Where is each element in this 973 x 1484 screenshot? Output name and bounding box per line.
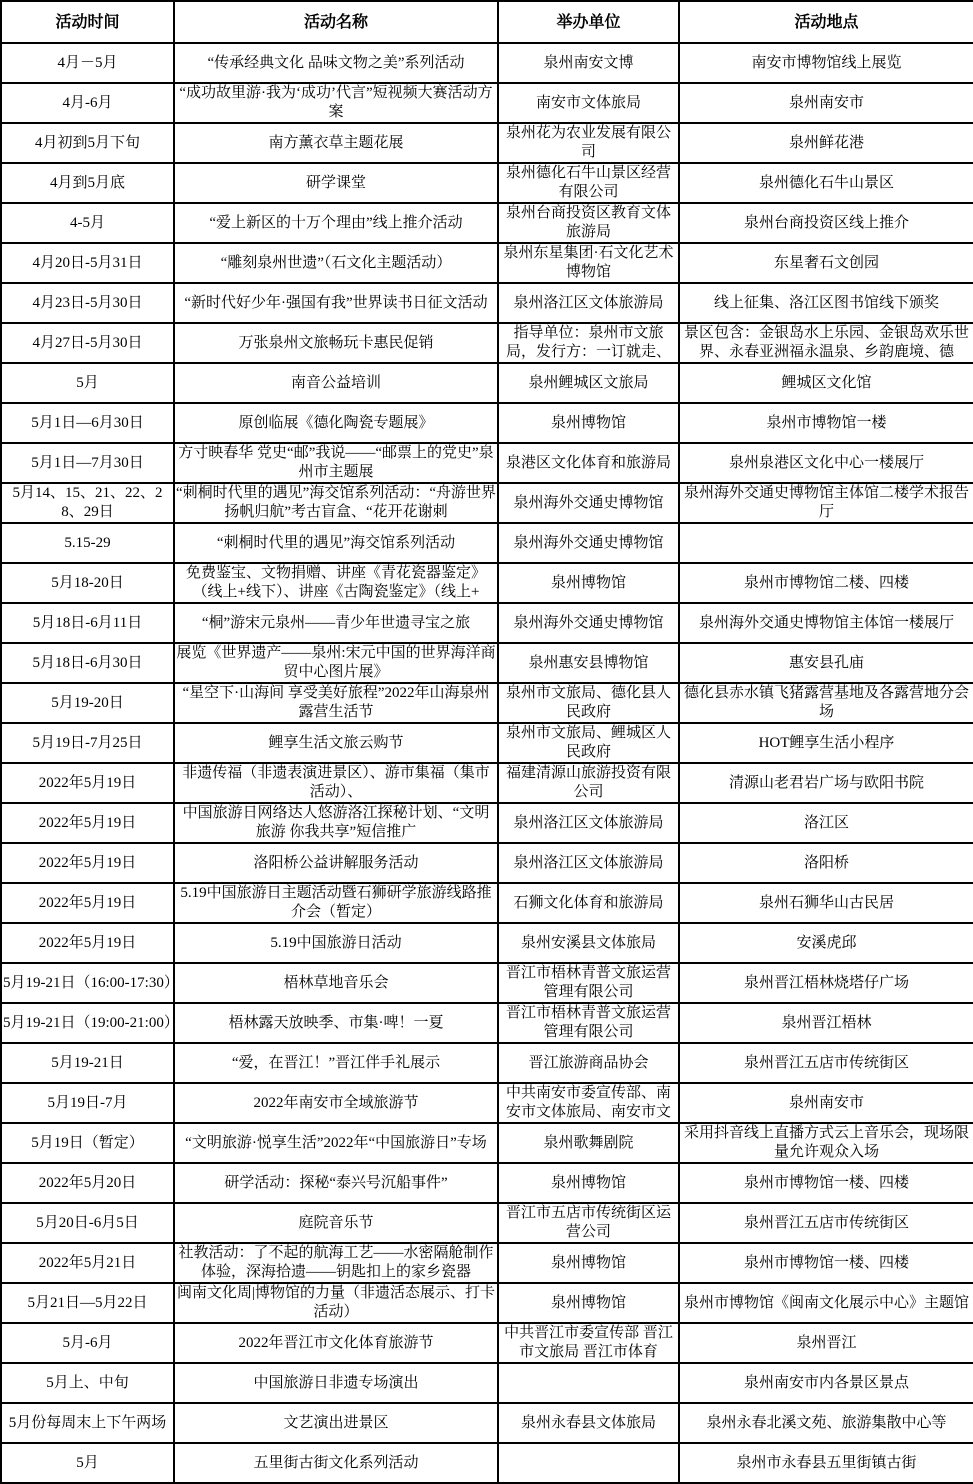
table-row: 4月20日-5月31日“雕刻泉州世遗”（石文化主题活动）泉州东星集团·石文化艺术… bbox=[1, 243, 973, 283]
cell-org: 泉州洛江区文体旅游局 bbox=[498, 803, 679, 843]
cell-time: 5月19-21日（16:00-17:30） bbox=[1, 963, 174, 1003]
cell-org: 泉州博物馆 bbox=[498, 403, 679, 443]
cell-name: 中国旅游日非遗专场演出 bbox=[174, 1363, 498, 1403]
cell-time: 5月18日-6月30日 bbox=[1, 643, 174, 683]
cell-org: 泉州洛江区文体旅游局 bbox=[498, 843, 679, 883]
cell-loc: 泉州鲜花港 bbox=[679, 123, 973, 163]
cell-org: 泉港区文化体育和旅游局 bbox=[498, 443, 679, 483]
cell-org: 泉州洛江区文体旅游局 bbox=[498, 283, 679, 323]
cell-name: 非遗传福（非遗表演进景区）、游市集福（集市活动）、 bbox=[174, 763, 498, 803]
cell-name: “爱，在晋江！”晋江伴手礼展示 bbox=[174, 1043, 498, 1083]
cell-time: 5月上、中旬 bbox=[1, 1363, 174, 1403]
table-row: 4月-6月“成功故里游·我为‘成功’代言”短视频大赛活动方案南安市文体旅局泉州南… bbox=[1, 83, 973, 123]
cell-org: 泉州博物馆 bbox=[498, 1163, 679, 1203]
cell-loc: 德化县赤水镇飞猪露营基地及各露营地分会场 bbox=[679, 683, 973, 723]
cell-loc: 采用抖音线上直播方式云上音乐会，现场限量允许观众入场 bbox=[679, 1123, 973, 1163]
cell-org: 泉州永春县文体旅局 bbox=[498, 1403, 679, 1443]
cell-org: 南安市文体旅局 bbox=[498, 83, 679, 123]
cell-org: 泉州鲤城区文旅局 bbox=[498, 363, 679, 403]
cell-name: 南音公益培训 bbox=[174, 363, 498, 403]
header-row: 活动时间活动名称举办单位活动地点 bbox=[1, 1, 973, 43]
cell-name: 洛阳桥公益讲解服务活动 bbox=[174, 843, 498, 883]
cell-loc: 泉州石狮华山古民居 bbox=[679, 883, 973, 923]
table-row: 5月18日-6月11日“桐”游宋元泉州——青少年世遗寻宝之旅泉州海外交通史博物馆… bbox=[1, 603, 973, 643]
table-row: 5月-6月2022年晋江市文化体育旅游节中共晋江市委宣传部 晋江市文旅局 晋江市… bbox=[1, 1323, 973, 1363]
table-row: 2022年5月19日5.19中国旅游日主题活动暨石狮研学旅游线路推介会（暂定）石… bbox=[1, 883, 973, 923]
cell-loc: 泉州南安市 bbox=[679, 1083, 973, 1123]
cell-loc: 泉州市博物馆二楼、四楼 bbox=[679, 563, 973, 603]
table-row: 4月－5月“传承经典文化 品味文物之美”系列活动泉州南安文博南安市博物馆线上展览 bbox=[1, 43, 973, 83]
cell-name: 南方薰衣草主题花展 bbox=[174, 123, 498, 163]
table-row: 4月27日-5月30日万张泉州文旅畅玩卡惠民促销指导单位：泉州市文旅局，发行方：… bbox=[1, 323, 973, 363]
table-row: 5月20日-6月5日庭院音乐节晋江市五店市传统街区运营公司泉州晋江五店市传统街区 bbox=[1, 1203, 973, 1243]
cell-time: 5月1日—6月30日 bbox=[1, 403, 174, 443]
cell-org: 泉州歌舞剧院 bbox=[498, 1123, 679, 1163]
cell-name: 梧林草地音乐会 bbox=[174, 963, 498, 1003]
cell-loc: 泉州台商投资区线上推介 bbox=[679, 203, 973, 243]
cell-name: “文明旅游·悦享生活”2022年“中国旅游日”专场 bbox=[174, 1123, 498, 1163]
cell-name: 研学课堂 bbox=[174, 163, 498, 203]
table-row: 5月上、中旬中国旅游日非遗专场演出泉州南安市内各景区景点 bbox=[1, 1363, 973, 1403]
cell-name: 社教活动：了不起的航海工艺——水密隔舱制作体验，深海拾遗——钥匙扣上的家乡瓷器 bbox=[174, 1243, 498, 1283]
table-row: 4月到5月底研学课堂泉州德化石牛山景区经营有限公司泉州德化石牛山景区 bbox=[1, 163, 973, 203]
cell-org: 晋江旅游商品协会 bbox=[498, 1043, 679, 1083]
cell-time: 5月20日-6月5日 bbox=[1, 1203, 174, 1243]
table-row: 5月份每周末上下午两场文艺演出进景区泉州永春县文体旅局泉州永春北溪文苑、旅游集散… bbox=[1, 1403, 973, 1443]
cell-org: 泉州安溪县文体旅局 bbox=[498, 923, 679, 963]
cell-loc: 泉州市博物馆《闽南文化展示中心》主题馆 bbox=[679, 1283, 973, 1323]
cell-name: “雕刻泉州世遗”（石文化主题活动） bbox=[174, 243, 498, 283]
cell-org: 石狮文化体育和旅游局 bbox=[498, 883, 679, 923]
cell-loc: 泉州泉港区文化中心一楼展厅 bbox=[679, 443, 973, 483]
table-row: 5月19-21日（16:00-17:30）梧林草地音乐会晋江市梧林青普文旅运营管… bbox=[1, 963, 973, 1003]
cell-loc: 鲤城区文化馆 bbox=[679, 363, 973, 403]
cell-org: 福建清源山旅游投资有限公司 bbox=[498, 763, 679, 803]
cell-loc: 泉州南安市 bbox=[679, 83, 973, 123]
cell-org: 泉州博物馆 bbox=[498, 1243, 679, 1283]
cell-loc: 东星奢石文创园 bbox=[679, 243, 973, 283]
cell-time: 5月19-20日 bbox=[1, 683, 174, 723]
cell-org: 泉州市文旅局、鲤城区人民政府 bbox=[498, 723, 679, 763]
cell-loc: 安溪虎邱 bbox=[679, 923, 973, 963]
cell-org: 泉州市文旅局、德化县人民政府 bbox=[498, 683, 679, 723]
table-body: 4月－5月“传承经典文化 品味文物之美”系列活动泉州南安文博南安市博物馆线上展览… bbox=[1, 43, 973, 1483]
cell-loc: 泉州海外交通史博物馆主体馆一楼展厅 bbox=[679, 603, 973, 643]
cell-org: 泉州海外交通史博物馆 bbox=[498, 483, 679, 523]
cell-name: 文艺演出进景区 bbox=[174, 1403, 498, 1443]
cell-org: 泉州海外交通史博物馆 bbox=[498, 603, 679, 643]
events-table: 活动时间活动名称举办单位活动地点 4月－5月“传承经典文化 品味文物之美”系列活… bbox=[0, 0, 973, 1484]
cell-time: 2022年5月19日 bbox=[1, 803, 174, 843]
cell-org: 指导单位：泉州市文旅局，发行方：一订就走、 bbox=[498, 323, 679, 363]
cell-name: “星空下·山海间 享受美好旅程”2022年山海泉州露营生活节 bbox=[174, 683, 498, 723]
cell-time: 5月18日-6月11日 bbox=[1, 603, 174, 643]
cell-time: 5月份每周末上下午两场 bbox=[1, 1403, 174, 1443]
cell-time: 4-5月 bbox=[1, 203, 174, 243]
cell-name: 中国旅游日网络达人悠游洛江探秘计划、“文明旅游 你我共享”短信推广 bbox=[174, 803, 498, 843]
cell-org: 泉州海外交通史博物馆 bbox=[498, 523, 679, 563]
cell-org: 泉州东星集团·石文化艺术博物馆 bbox=[498, 243, 679, 283]
table-row: 5月南音公益培训泉州鲤城区文旅局鲤城区文化馆 bbox=[1, 363, 973, 403]
cell-time: 4月到5月底 bbox=[1, 163, 174, 203]
cell-time: 5月 bbox=[1, 1443, 174, 1483]
cell-org: 中共晋江市委宣传部 晋江市文旅局 晋江市体育 bbox=[498, 1323, 679, 1363]
cell-time: 4月初到5月下旬 bbox=[1, 123, 174, 163]
cell-name: 研学活动：探秘“泰兴号沉船事件” bbox=[174, 1163, 498, 1203]
cell-loc: 泉州晋江梧林烧塔仔广场 bbox=[679, 963, 973, 1003]
cell-name: 5.19中国旅游日活动 bbox=[174, 923, 498, 963]
table-row: 5月18日-6月30日展览《世界遗产——泉州:宋元中国的世界海洋商贸中心图片展》… bbox=[1, 643, 973, 683]
cell-name: “桐”游宋元泉州——青少年世遗寻宝之旅 bbox=[174, 603, 498, 643]
cell-time: 2022年5月19日 bbox=[1, 763, 174, 803]
cell-loc: 泉州市博物馆一楼、四楼 bbox=[679, 1243, 973, 1283]
cell-time: 4月23日-5月30日 bbox=[1, 283, 174, 323]
page: 活动时间活动名称举办单位活动地点 4月－5月“传承经典文化 品味文物之美”系列活… bbox=[0, 0, 973, 1484]
cell-time: 2022年5月19日 bbox=[1, 843, 174, 883]
cell-loc: 南安市博物馆线上展览 bbox=[679, 43, 973, 83]
cell-time: 2022年5月19日 bbox=[1, 923, 174, 963]
cell-loc: 惠安县孔庙 bbox=[679, 643, 973, 683]
cell-loc: 洛江区 bbox=[679, 803, 973, 843]
cell-loc: 泉州晋江五店市传统街区 bbox=[679, 1043, 973, 1083]
cell-loc: 泉州市永春县五里街镇古街 bbox=[679, 1443, 973, 1483]
cell-org bbox=[498, 1363, 679, 1403]
cell-time: 2022年5月21日 bbox=[1, 1243, 174, 1283]
cell-time: 5月14、15、21、22、28、29日 bbox=[1, 483, 174, 523]
table-row: 2022年5月19日中国旅游日网络达人悠游洛江探秘计划、“文明旅游 你我共享”短… bbox=[1, 803, 973, 843]
table-row: 2022年5月19日洛阳桥公益讲解服务活动泉州洛江区文体旅游局洛阳桥 bbox=[1, 843, 973, 883]
cell-time: 4月20日-5月31日 bbox=[1, 243, 174, 283]
cell-time: 2022年5月19日 bbox=[1, 883, 174, 923]
cell-loc: 泉州德化石牛山景区 bbox=[679, 163, 973, 203]
cell-name: 方寸映春华 党史“邮”我说——“邮票上的党史”泉州市主题展 bbox=[174, 443, 498, 483]
cell-name: 闽南文化周|博物馆的力量（非遗活态展示、打卡活动） bbox=[174, 1283, 498, 1323]
cell-name: 原创临展《德化陶瓷专题展》 bbox=[174, 403, 498, 443]
cell-loc: 泉州晋江 bbox=[679, 1323, 973, 1363]
cell-name: “刺桐时代里的遇见”海交馆系列活动：“舟游世界 扬帆归航”考古盲盒、“花开花谢刺 bbox=[174, 483, 498, 523]
cell-loc: 景区包含：金银岛水上乐园、金银岛欢乐世界、永春亚洲福永温泉、乡韵鹿境、德 bbox=[679, 323, 973, 363]
cell-time: 4月-6月 bbox=[1, 83, 174, 123]
table-row: 2022年5月19日5.19中国旅游日活动泉州安溪县文体旅局安溪虎邱 bbox=[1, 923, 973, 963]
cell-org: 中共南安市委宣传部、南安市文体旅局、南安市文 bbox=[498, 1083, 679, 1123]
cell-loc: 泉州海外交通史博物馆主体馆二楼学术报告厅 bbox=[679, 483, 973, 523]
cell-loc: 泉州晋江梧林 bbox=[679, 1003, 973, 1043]
cell-time: 5月18-20日 bbox=[1, 563, 174, 603]
cell-org: 晋江市五店市传统街区运营公司 bbox=[498, 1203, 679, 1243]
cell-loc: 泉州市博物馆一楼、四楼 bbox=[679, 1163, 973, 1203]
table-row: 5月1日—6月30日原创临展《德化陶瓷专题展》泉州博物馆泉州市博物馆一楼 bbox=[1, 403, 973, 443]
cell-name: 万张泉州文旅畅玩卡惠民促销 bbox=[174, 323, 498, 363]
table-row: 5月18-20日免费鉴宝、文物捐赠、讲座《青花瓷器鉴定》（线上+线下）、讲座《古… bbox=[1, 563, 973, 603]
cell-org: 泉州台商投资区教育文体旅游局 bbox=[498, 203, 679, 243]
cell-name: 梧林露天放映季、市集·啤！一夏 bbox=[174, 1003, 498, 1043]
cell-org: 泉州惠安县博物馆 bbox=[498, 643, 679, 683]
cell-name: “爱上新区的十万个理由”线上推介活动 bbox=[174, 203, 498, 243]
cell-loc: 清源山老君岩广场与欧阳书院 bbox=[679, 763, 973, 803]
cell-loc bbox=[679, 523, 973, 563]
cell-name: 免费鉴宝、文物捐赠、讲座《青花瓷器鉴定》（线上+线下）、讲座《古陶瓷鉴定》（线上… bbox=[174, 563, 498, 603]
cell-loc: 泉州晋江五店市传统街区 bbox=[679, 1203, 973, 1243]
cell-name: 五里街古街文化系列活动 bbox=[174, 1443, 498, 1483]
cell-org: 泉州博物馆 bbox=[498, 563, 679, 603]
cell-time: 5月-6月 bbox=[1, 1323, 174, 1363]
cell-time: 5月19-21日 bbox=[1, 1043, 174, 1083]
table-row: 5月19日-7月2022年南安市全域旅游节中共南安市委宣传部、南安市文体旅局、南… bbox=[1, 1083, 973, 1123]
column-header-name: 活动名称 bbox=[174, 1, 498, 43]
cell-time: 5.15-29 bbox=[1, 523, 174, 563]
table-row: 2022年5月21日社教活动：了不起的航海工艺——水密隔舱制作体验，深海拾遗——… bbox=[1, 1243, 973, 1283]
cell-time: 5月19日-7月25日 bbox=[1, 723, 174, 763]
cell-name: 鲤享生活文旅云购节 bbox=[174, 723, 498, 763]
cell-org: 泉州南安文博 bbox=[498, 43, 679, 83]
cell-name: 2022年晋江市文化体育旅游节 bbox=[174, 1323, 498, 1363]
table-row: 5月五里街古街文化系列活动泉州市永春县五里街镇古街 bbox=[1, 1443, 973, 1483]
cell-name: 庭院音乐节 bbox=[174, 1203, 498, 1243]
table-row: 4月23日-5月30日“新时代好少年·强国有我”世界读书日征文活动泉州洛江区文体… bbox=[1, 283, 973, 323]
table-row: 4-5月“爱上新区的十万个理由”线上推介活动泉州台商投资区教育文体旅游局泉州台商… bbox=[1, 203, 973, 243]
cell-name: 5.19中国旅游日主题活动暨石狮研学旅游线路推介会（暂定） bbox=[174, 883, 498, 923]
cell-name: “新时代好少年·强国有我”世界读书日征文活动 bbox=[174, 283, 498, 323]
table-row: 5月19日（暂定）“文明旅游·悦享生活”2022年“中国旅游日”专场泉州歌舞剧院… bbox=[1, 1123, 973, 1163]
column-header-loc: 活动地点 bbox=[679, 1, 973, 43]
cell-loc: 泉州市博物馆一楼 bbox=[679, 403, 973, 443]
cell-name: “成功故里游·我为‘成功’代言”短视频大赛活动方案 bbox=[174, 83, 498, 123]
table-row: 4月初到5月下旬南方薰衣草主题花展泉州花为农业发展有限公司泉州鲜花港 bbox=[1, 123, 973, 163]
cell-time: 5月19-21日（19:00-21:00） bbox=[1, 1003, 174, 1043]
table-row: 5.15-29“刺桐时代里的遇见”海交馆系列活动泉州海外交通史博物馆 bbox=[1, 523, 973, 563]
column-header-org: 举办单位 bbox=[498, 1, 679, 43]
table-row: 5月1日—7月30日方寸映春华 党史“邮”我说——“邮票上的党史”泉州市主题展泉… bbox=[1, 443, 973, 483]
cell-time: 5月21日—5月22日 bbox=[1, 1283, 174, 1323]
table-row: 5月19-21日“爱，在晋江！”晋江伴手礼展示晋江旅游商品协会泉州晋江五店市传统… bbox=[1, 1043, 973, 1083]
cell-name: 2022年南安市全域旅游节 bbox=[174, 1083, 498, 1123]
cell-time: 4月－5月 bbox=[1, 43, 174, 83]
cell-org: 晋江市梧林青普文旅运营管理有限公司 bbox=[498, 1003, 679, 1043]
cell-org bbox=[498, 1443, 679, 1483]
table-row: 5月19日-7月25日鲤享生活文旅云购节泉州市文旅局、鲤城区人民政府HOT鲤享生… bbox=[1, 723, 973, 763]
cell-loc: 线上征集、洛江区图书馆线下颁奖 bbox=[679, 283, 973, 323]
cell-time: 5月19日-7月 bbox=[1, 1083, 174, 1123]
cell-name: “传承经典文化 品味文物之美”系列活动 bbox=[174, 43, 498, 83]
table-row: 5月19-20日“星空下·山海间 享受美好旅程”2022年山海泉州露营生活节泉州… bbox=[1, 683, 973, 723]
cell-time: 5月19日（暂定） bbox=[1, 1123, 174, 1163]
cell-time: 5月1日—7月30日 bbox=[1, 443, 174, 483]
cell-org: 晋江市梧林青普文旅运营管理有限公司 bbox=[498, 963, 679, 1003]
cell-loc: 泉州南安市内各景区景点 bbox=[679, 1363, 973, 1403]
cell-time: 5月 bbox=[1, 363, 174, 403]
cell-org: 泉州博物馆 bbox=[498, 1283, 679, 1323]
cell-name: 展览《世界遗产——泉州:宋元中国的世界海洋商贸中心图片展》 bbox=[174, 643, 498, 683]
cell-loc: 洛阳桥 bbox=[679, 843, 973, 883]
table-row: 5月21日—5月22日闽南文化周|博物馆的力量（非遗活态展示、打卡活动）泉州博物… bbox=[1, 1283, 973, 1323]
cell-time: 4月27日-5月30日 bbox=[1, 323, 174, 363]
table-row: 5月14、15、21、22、28、29日“刺桐时代里的遇见”海交馆系列活动：“舟… bbox=[1, 483, 973, 523]
column-header-time: 活动时间 bbox=[1, 1, 174, 43]
cell-loc: 泉州永春北溪文苑、旅游集散中心等 bbox=[679, 1403, 973, 1443]
cell-org: 泉州德化石牛山景区经营有限公司 bbox=[498, 163, 679, 203]
cell-name: “刺桐时代里的遇见”海交馆系列活动 bbox=[174, 523, 498, 563]
cell-loc: HOT鲤享生活小程序 bbox=[679, 723, 973, 763]
cell-org: 泉州花为农业发展有限公司 bbox=[498, 123, 679, 163]
table-header: 活动时间活动名称举办单位活动地点 bbox=[1, 1, 973, 43]
cell-time: 2022年5月20日 bbox=[1, 1163, 174, 1203]
table-row: 2022年5月20日研学活动：探秘“泰兴号沉船事件”泉州博物馆泉州市博物馆一楼、… bbox=[1, 1163, 973, 1203]
table-row: 5月19-21日（19:00-21:00）梧林露天放映季、市集·啤！一夏晋江市梧… bbox=[1, 1003, 973, 1043]
table-row: 2022年5月19日非遗传福（非遗表演进景区）、游市集福（集市活动）、福建清源山… bbox=[1, 763, 973, 803]
